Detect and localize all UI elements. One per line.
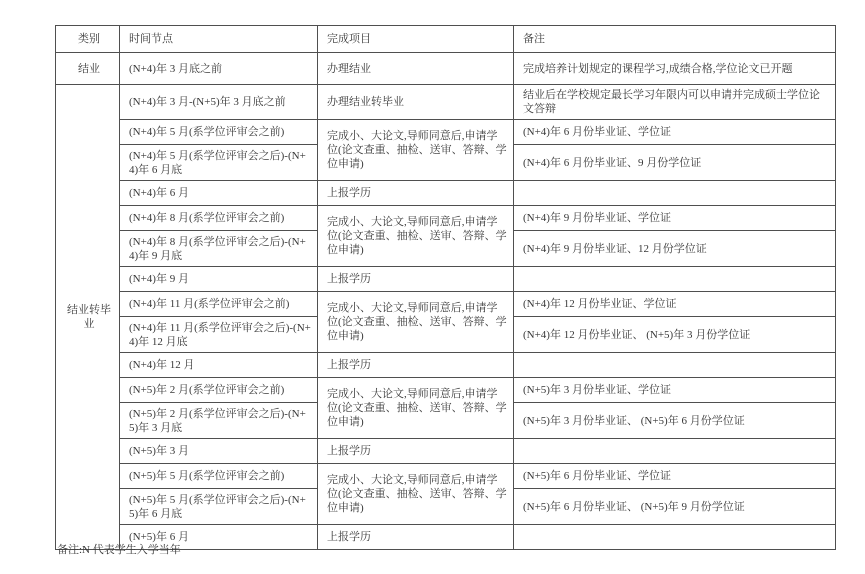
column-header-category: 类别 (56, 26, 120, 53)
project-cell: 上报学历 (318, 181, 514, 206)
time-cell: (N+4)年 8 月(系学位评审会之前) (120, 206, 318, 231)
remark-cell: 完成培养计划规定的课程学习,成绩合格,学位论文已开题 (514, 53, 836, 85)
remark-cell (514, 525, 836, 550)
table-row: (N+4)年 11 月(系学位评审会之前) 完成小、大论文,导师同意后,申请学位… (56, 292, 836, 317)
remark-cell: (N+5)年 3 月份毕业证、 (N+5)年 6 月份学位证 (514, 403, 836, 439)
time-cell: (N+4)年 8 月(系学位评审会之后)-(N+4)年 9 月底 (120, 231, 318, 267)
project-cell: 办理结业 (318, 53, 514, 85)
remark-cell (514, 353, 836, 378)
project-cell: 完成小、大论文,导师同意后,申请学位(论文查重、抽检、送审、答辩、学位申请) (318, 378, 514, 439)
graduation-schedule-table: 类别 时间节点 完成项目 备注 结业 (N+4)年 3 月底之前 办理结业 完成… (55, 25, 836, 550)
table-row: (N+4)年 12 月 上报学历 (56, 353, 836, 378)
remark-cell: (N+4)年 9 月份毕业证、学位证 (514, 206, 836, 231)
column-header-project: 完成项目 (318, 26, 514, 53)
remark-cell: (N+4)年 9 月份毕业证、12 月份学位证 (514, 231, 836, 267)
table-row: (N+4)年 9 月 上报学历 (56, 267, 836, 292)
remark-cell: (N+4)年 6 月份毕业证、9 月份学位证 (514, 145, 836, 181)
time-cell: (N+4)年 9 月 (120, 267, 318, 292)
table-header-row: 类别 时间节点 完成项目 备注 (56, 26, 836, 53)
remark-cell: (N+4)年 12 月份毕业证、 (N+5)年 3 月份学位证 (514, 317, 836, 353)
project-cell: 完成小、大论文,导师同意后,申请学位(论文查重、抽检、送审、答辩、学位申请) (318, 120, 514, 181)
category-cell-completion: 结业 (56, 53, 120, 85)
remark-cell: (N+4)年 12 月份毕业证、学位证 (514, 292, 836, 317)
remark-cell: (N+5)年 6 月份毕业证、学位证 (514, 464, 836, 489)
time-cell: (N+4)年 5 月(系学位评审会之前) (120, 120, 318, 145)
footnote: 备注:N 代表学生入学当年 (57, 541, 181, 557)
project-cell: 完成小、大论文,导师同意后,申请学位(论文查重、抽检、送审、答辩、学位申请) (318, 292, 514, 353)
table-row: (N+4)年 6 月 上报学历 (56, 181, 836, 206)
table-row: 结业 (N+4)年 3 月底之前 办理结业 完成培养计划规定的课程学习,成绩合格… (56, 53, 836, 85)
time-cell: (N+4)年 11 月(系学位评审会之后)-(N+4)年 12 月底 (120, 317, 318, 353)
remark-cell: (N+5)年 6 月份毕业证、 (N+5)年 9 月份学位证 (514, 489, 836, 525)
remark-cell (514, 181, 836, 206)
time-cell: (N+4)年 12 月 (120, 353, 318, 378)
time-cell: (N+4)年 3 月-(N+5)年 3 月底之前 (120, 85, 318, 120)
remark-cell: 结业后在学校规定最长学习年限内可以申请并完成硕士学位论文答辩 (514, 85, 836, 120)
column-header-remark: 备注 (514, 26, 836, 53)
project-cell: 上报学历 (318, 267, 514, 292)
table-row: 结业转毕业 (N+4)年 3 月-(N+5)年 3 月底之前 办理结业转毕业 结… (56, 85, 836, 120)
remark-cell (514, 267, 836, 292)
project-cell: 上报学历 (318, 353, 514, 378)
project-cell: 上报学历 (318, 439, 514, 464)
column-header-time: 时间节点 (120, 26, 318, 53)
table-row: (N+5)年 5 月(系学位评审会之前) 完成小、大论文,导师同意后,申请学位(… (56, 464, 836, 489)
project-cell: 完成小、大论文,导师同意后,申请学位(论文查重、抽检、送审、答辩、学位申请) (318, 464, 514, 525)
time-cell: (N+5)年 5 月(系学位评审会之后)-(N+5)年 6 月底 (120, 489, 318, 525)
project-cell: 办理结业转毕业 (318, 85, 514, 120)
table-row: (N+5)年 2 月(系学位评审会之前) 完成小、大论文,导师同意后,申请学位(… (56, 378, 836, 403)
time-cell: (N+5)年 5 月(系学位评审会之前) (120, 464, 318, 489)
document-page: 类别 时间节点 完成项目 备注 结业 (N+4)年 3 月底之前 办理结业 完成… (0, 0, 865, 574)
table-row: (N+4)年 8 月(系学位评审会之前) 完成小、大论文,导师同意后,申请学位(… (56, 206, 836, 231)
time-cell: (N+5)年 3 月 (120, 439, 318, 464)
table-row: (N+5)年 3 月 上报学历 (56, 439, 836, 464)
project-cell: 完成小、大论文,导师同意后,申请学位(论文查重、抽检、送审、答辩、学位申请) (318, 206, 514, 267)
time-cell: (N+4)年 3 月底之前 (120, 53, 318, 85)
time-cell: (N+5)年 2 月(系学位评审会之后)-(N+5)年 3 月底 (120, 403, 318, 439)
remark-cell: (N+5)年 3 月份毕业证、学位证 (514, 378, 836, 403)
category-cell-transfer: 结业转毕业 (56, 85, 120, 550)
remark-cell (514, 439, 836, 464)
project-cell: 上报学历 (318, 525, 514, 550)
time-cell: (N+4)年 5 月(系学位评审会之后)-(N+4)年 6 月底 (120, 145, 318, 181)
time-cell: (N+5)年 2 月(系学位评审会之前) (120, 378, 318, 403)
time-cell: (N+4)年 11 月(系学位评审会之前) (120, 292, 318, 317)
time-cell: (N+4)年 6 月 (120, 181, 318, 206)
remark-cell: (N+4)年 6 月份毕业证、学位证 (514, 120, 836, 145)
table-row: (N+4)年 5 月(系学位评审会之前) 完成小、大论文,导师同意后,申请学位(… (56, 120, 836, 145)
